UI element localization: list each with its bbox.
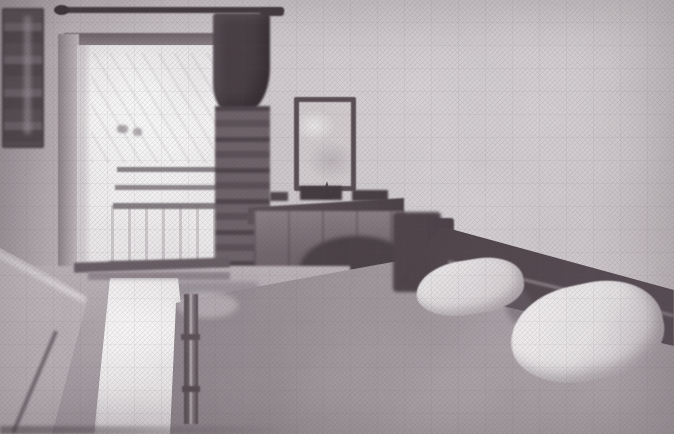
curtain (213, 13, 270, 113)
chair-leg (184, 294, 198, 424)
doorway-mark (117, 125, 128, 133)
dresser-object (300, 186, 342, 200)
doorway-light (77, 45, 225, 271)
chair-rung (182, 386, 200, 392)
railing-bar (117, 167, 223, 172)
picture-glint (24, 16, 31, 134)
railing-posts (111, 205, 223, 265)
wall-mirror (294, 97, 356, 191)
doorway-mark (133, 128, 142, 136)
chair-rung (181, 334, 200, 340)
picture-frame (2, 8, 44, 148)
curtain-rod-knob (54, 5, 69, 15)
dresser-object (270, 192, 288, 201)
doorway-haze (91, 53, 219, 163)
bedroom-photograph (0, 0, 674, 434)
bottom-edge-shadow (0, 426, 300, 434)
railing-bar (115, 185, 223, 190)
